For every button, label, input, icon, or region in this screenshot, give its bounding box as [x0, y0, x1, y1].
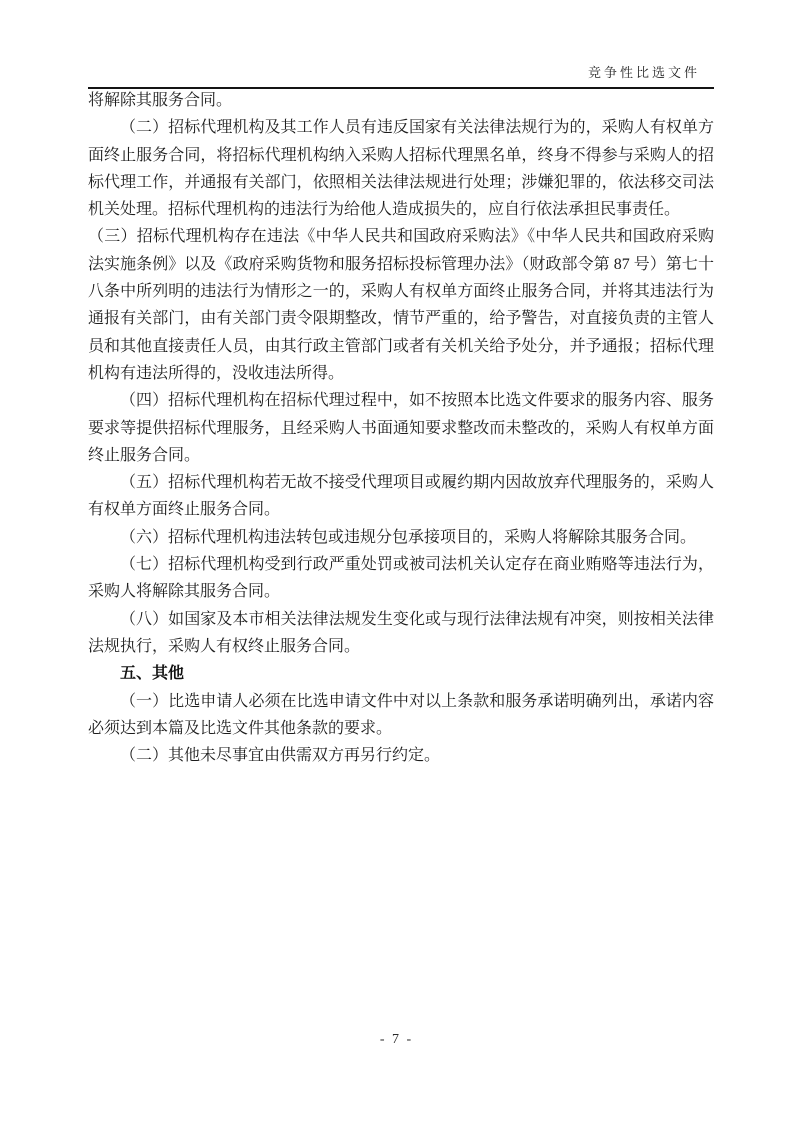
- paragraph-item-3: （三）招标代理机构存在违法《中华人民共和国政府采购法》《中华人民共和国政府采购法…: [88, 223, 714, 387]
- paragraph-other-1: （一）比选申请人必须在比选申请文件中对以上条款和服务承诺明确列出，承诺内容必须达…: [88, 688, 714, 743]
- section-heading-other: 五、其他: [88, 660, 714, 687]
- document-body: 将解除其服务合同。 （二）招标代理机构及其工作人员有违反国家有关法律法规行为的，…: [88, 87, 714, 769]
- page-header: 竞争性比选文件: [88, 62, 714, 89]
- paragraph-item-8: （八）如国家及本市相关法律法规发生变化或与现行法律法规有冲突，则按相关法律法规执…: [88, 606, 714, 661]
- paragraph-continuation: 将解除其服务合同。: [88, 87, 714, 114]
- paragraph-item-7: （七）招标代理机构受到行政严重处罚或被司法机关认定存在商业贿赂等违法行为，采购人…: [88, 551, 714, 606]
- page-number: - 7 -: [0, 1032, 793, 1048]
- paragraph-item-2: （二）招标代理机构及其工作人员有违反国家有关法律法规行为的，采购人有权单方面终止…: [88, 114, 714, 223]
- paragraph-item-6: （六）招标代理机构违法转包或违规分包承接项目的，采购人将解除其服务合同。: [88, 524, 714, 551]
- header-title: 竞争性比选文件: [588, 65, 700, 80]
- document-page: 竞争性比选文件 将解除其服务合同。 （二）招标代理机构及其工作人员有违反国家有关…: [0, 0, 793, 1122]
- paragraph-item-4: （四）招标代理机构在招标代理过程中，如不按照本比选文件要求的服务内容、服务要求等…: [88, 387, 714, 469]
- paragraph-item-5: （五）招标代理机构若无故不接受代理项目或履约期内因故放弃代理服务的，采购人有权单…: [88, 469, 714, 524]
- paragraph-other-2: （二）其他未尽事宜由供需双方再另行约定。: [88, 742, 714, 769]
